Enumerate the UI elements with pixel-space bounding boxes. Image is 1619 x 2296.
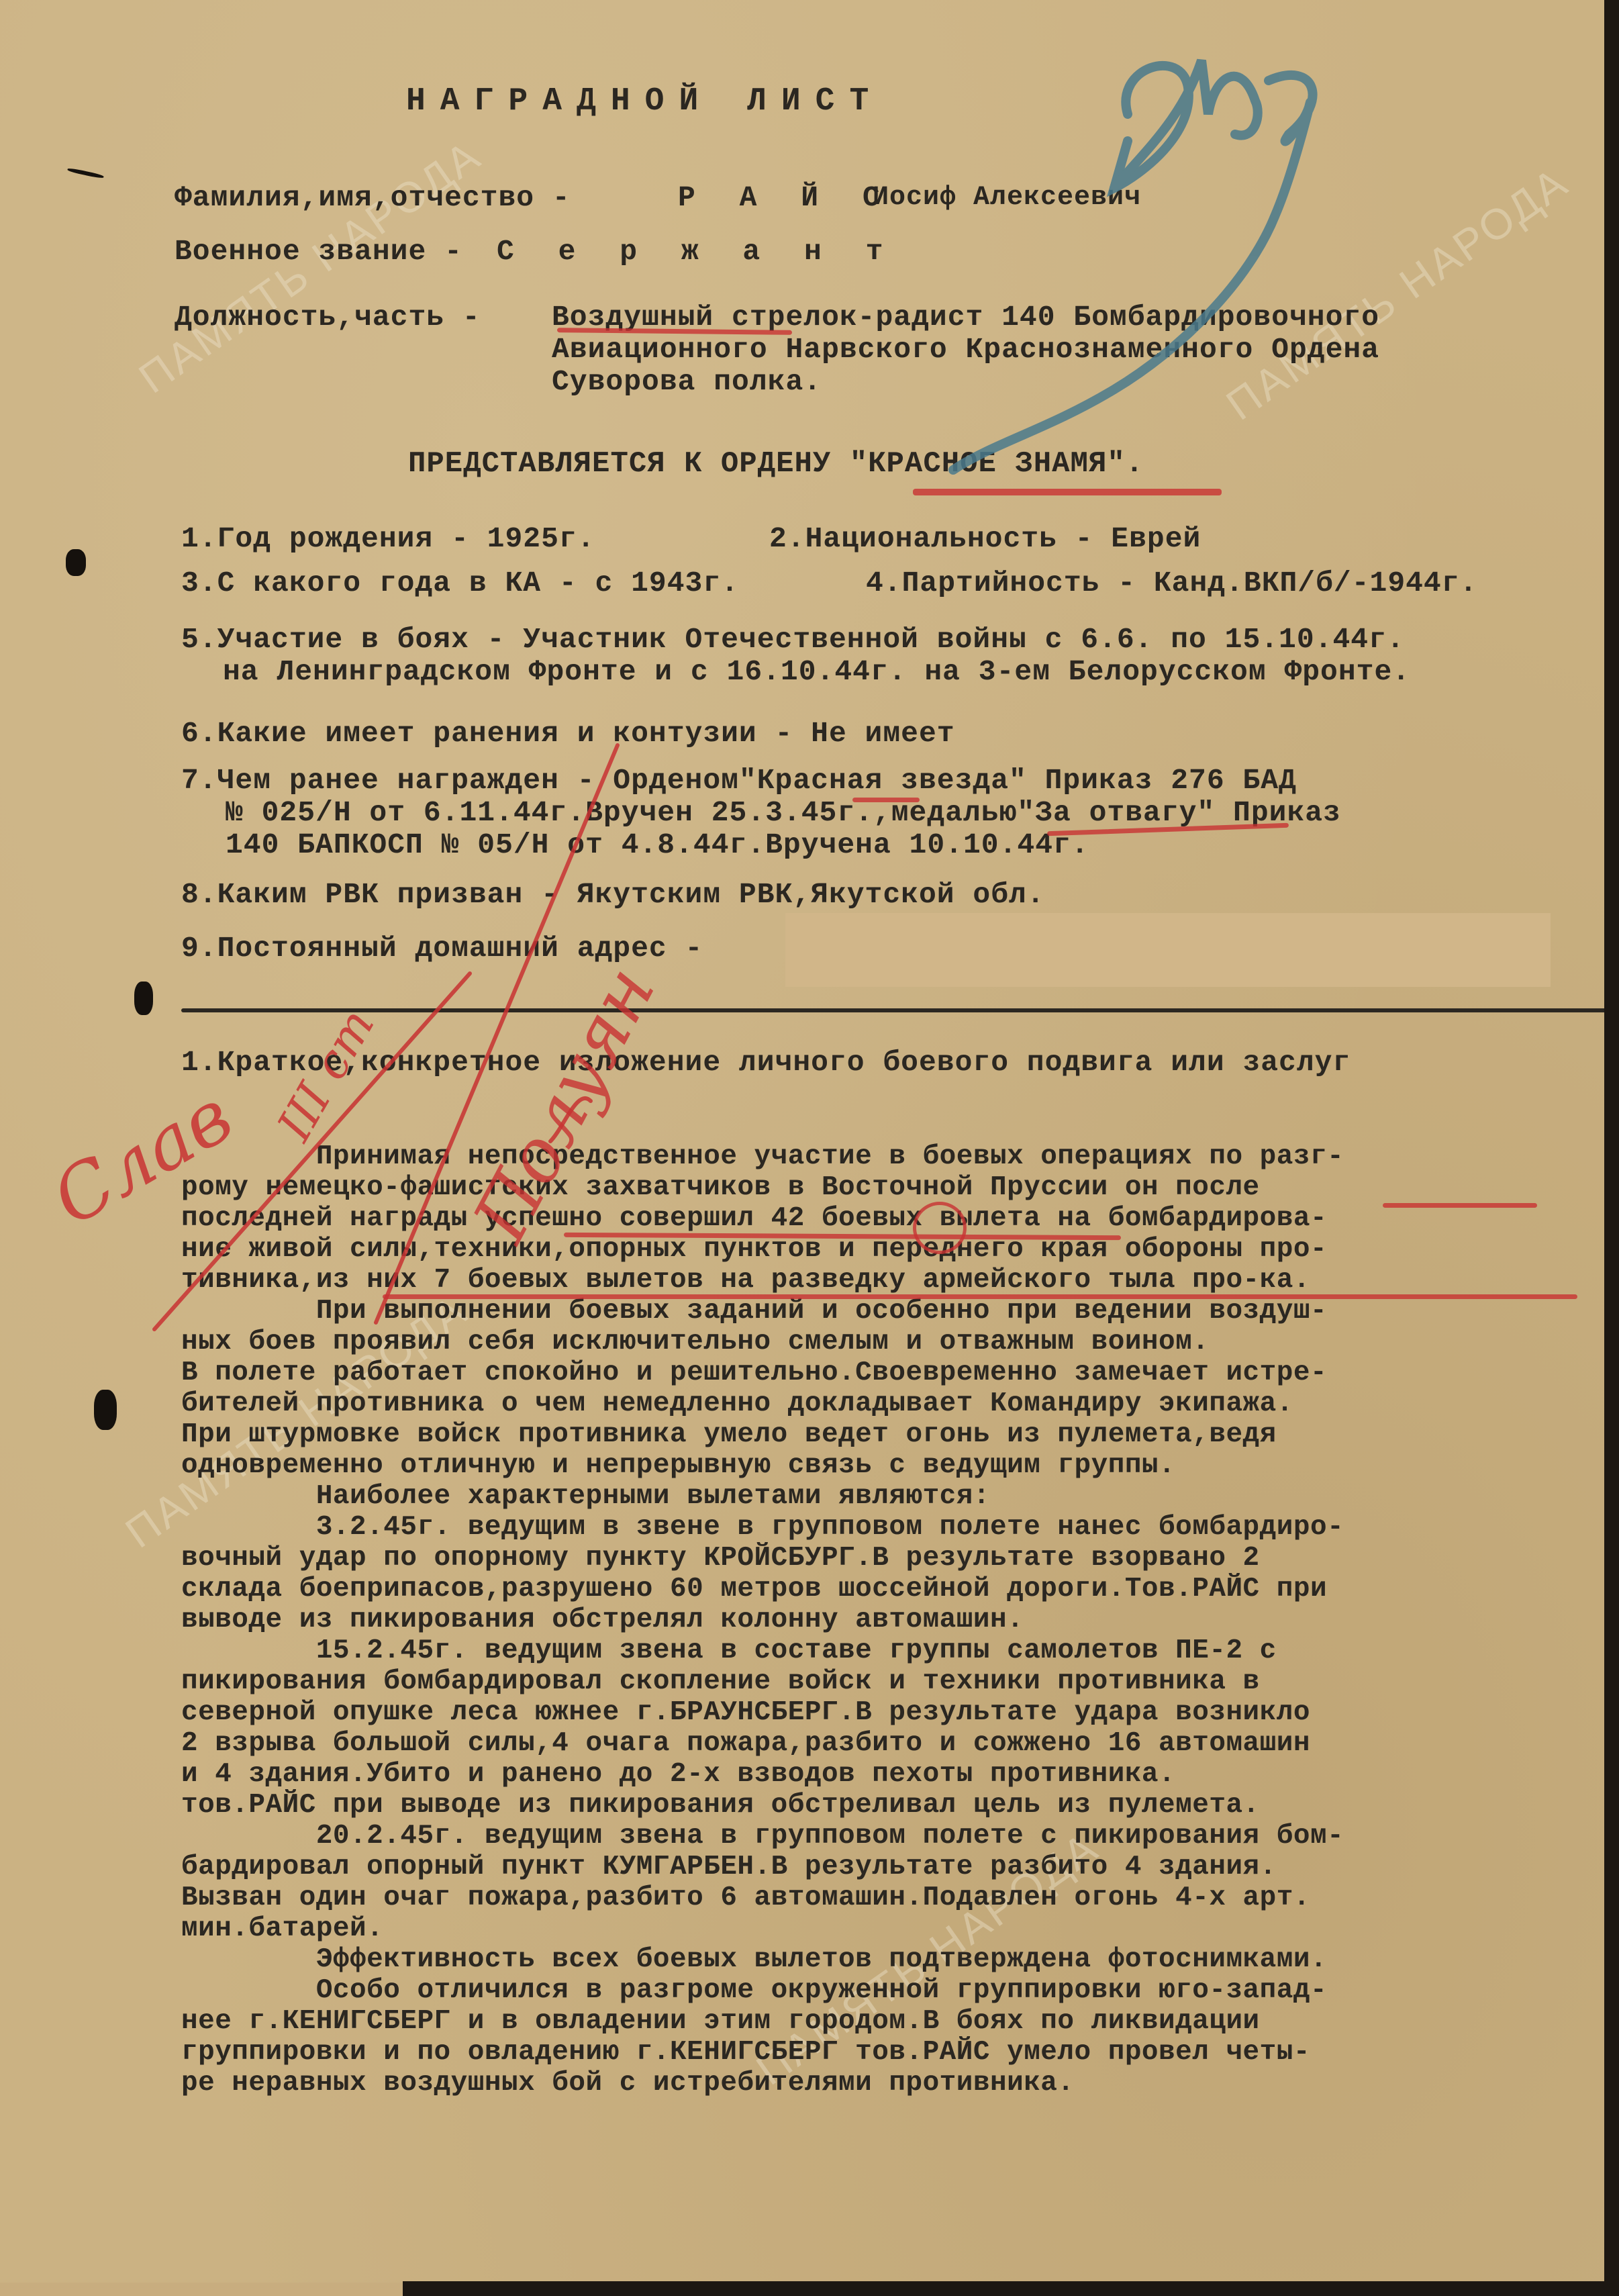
red-pencil-marks bbox=[154, 745, 618, 1329]
punch-hole bbox=[66, 549, 86, 576]
document-page: ПАМЯТЬ НАРОДА ПАМЯТЬ НАРОДА ПАМЯТЬ НАРОД… bbox=[0, 0, 1604, 2283]
punch-hole bbox=[134, 982, 153, 1015]
scan-edge bbox=[1604, 0, 1619, 2296]
scan-edge bbox=[403, 2281, 1619, 2296]
punch-hole bbox=[94, 1390, 117, 1430]
blue-handwritten-number-icon bbox=[953, 60, 1313, 470]
